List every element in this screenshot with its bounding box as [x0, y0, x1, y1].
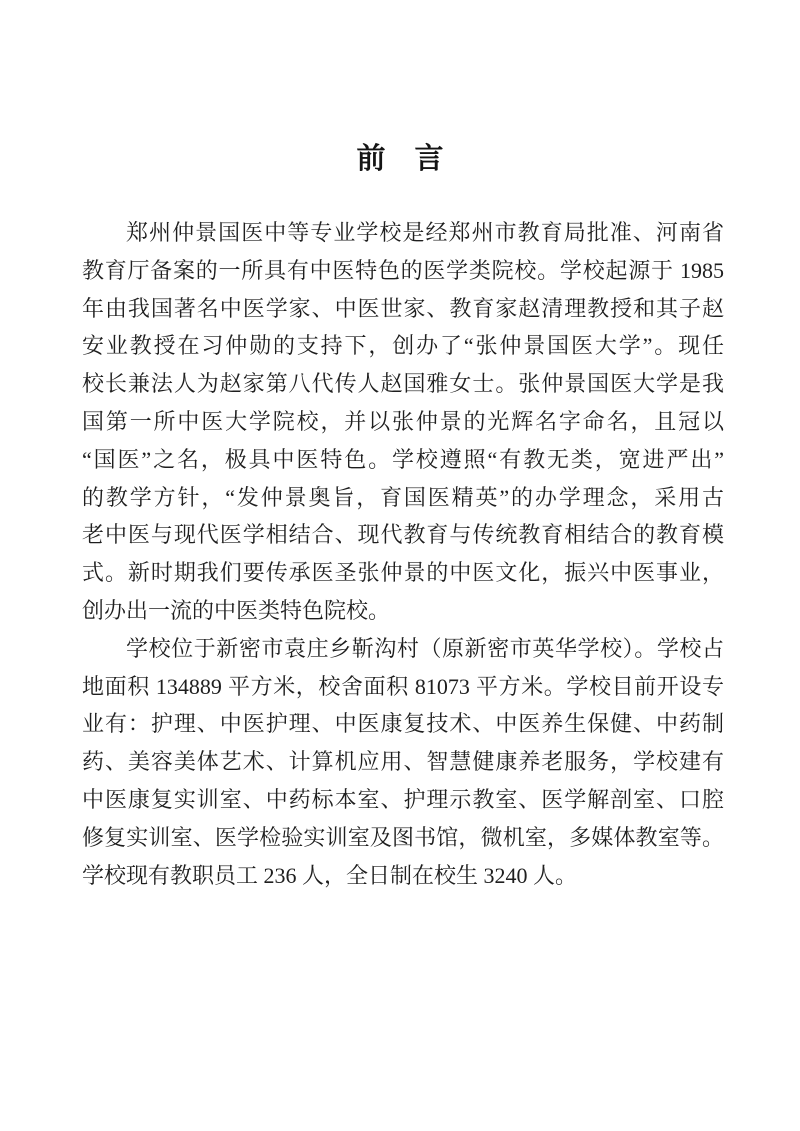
text-line: 创办出一流的中医类特色院校。	[82, 592, 724, 630]
text-line: 郑州仲景国医中等专业学校是经郑州市教育局批准、河南省	[82, 214, 724, 252]
document-body: 郑州仲景国医中等专业学校是经郑州市教育局批准、河南省 教育厅备案的一所具有中医特…	[82, 214, 724, 894]
text-line: 药、美容美体艺术、计算机应用、智慧健康养老服务，学校建有	[82, 743, 724, 781]
text-line: 国第一所中医大学院校，并以张仲景的光辉名字命名，且冠以	[82, 403, 724, 441]
text-line: 地面积 134889 平方米，校舍面积 81073 平方米。学校目前开设专	[82, 668, 724, 706]
text-line: 的教学方针，“发仲景奥旨，育国医精英”的办学理念，采用古	[82, 479, 724, 517]
text-line: 学校现有教职员工 236 人，全日制在校生 3240 人。	[82, 857, 724, 895]
text-line: 年由我国著名中医学家、中医世家、教育家赵清理教授和其子赵	[82, 290, 724, 328]
text-line: 业有：护理、中医护理、中医康复技术、中医养生保健、中药制	[82, 705, 724, 743]
text-line: “国医”之名，极具中医特色。学校遵照“有教无类，宽进严出”	[82, 441, 724, 479]
text-line: 教育厅备案的一所具有中医特色的医学类院校。学校起源于 1985	[82, 252, 724, 290]
text-line: 中医康复实训室、中药标本室、护理示教室、医学解剖室、口腔	[82, 781, 724, 819]
text-line: 式。新时期我们要传承医圣张仲景的中医文化，振兴中医事业，	[82, 554, 724, 592]
page-title: 前 言	[0, 137, 800, 181]
text-line: 修复实训室、医学检验实训室及图书馆，微机室，多媒体教室等。	[82, 819, 724, 857]
text-line: 学校位于新密市袁庄乡靳沟村（原新密市英华学校）。学校占	[82, 630, 724, 668]
text-line: 校长兼法人为赵家第八代传人赵国雅女士。张仲景国医大学是我	[82, 365, 724, 403]
document-page: 前 言 郑州仲景国医中等专业学校是经郑州市教育局批准、河南省 教育厅备案的一所具…	[0, 0, 800, 1131]
text-line: 安业教授在习仲勋的支持下，创办了“张仲景国医大学”。现任	[82, 327, 724, 365]
text-line: 老中医与现代医学相结合、现代教育与传统教育相结合的教育模	[82, 516, 724, 554]
